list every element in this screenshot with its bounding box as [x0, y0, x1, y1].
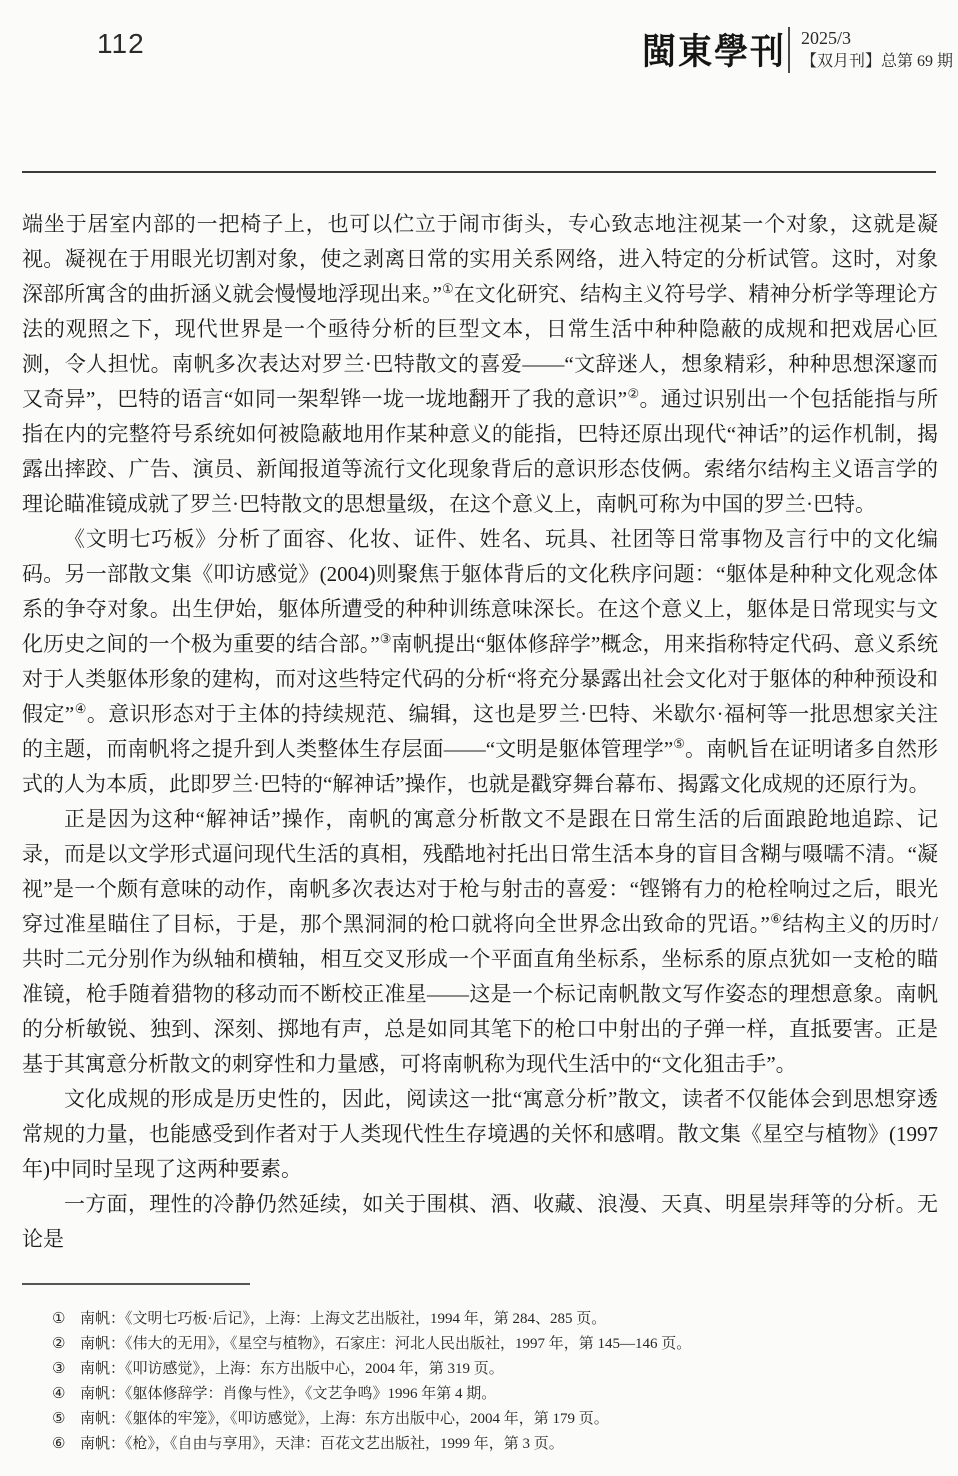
footnote-text: 南帆：《文明七巧板·后记》，上海：上海文艺出版社，1994 年，第 284、28… — [80, 1307, 942, 1332]
footnote-marker: ④ — [52, 1382, 80, 1407]
footnote-item: ④ 南帆：《躯体修辞学：肖像与性》，《文艺争鸣》1996 年第 4 期。 — [52, 1382, 942, 1407]
paragraph: 文化成规的形成是历史性的，因此，阅读这一批“寓意分析”散文，读者不仅能体会到思想… — [22, 1082, 938, 1187]
footnote-marker: ① — [52, 1307, 80, 1332]
footnote-marker: ③ — [52, 1357, 80, 1382]
journal-title: 閩東學刊 — [642, 23, 782, 74]
paragraph: 一方面，理性的冷静仍然延续，如关于围棋、酒、收藏、浪漫、天真、明星崇拜等的分析。… — [22, 1187, 938, 1257]
footnote-text: 南帆：《伟大的无用》，《星空与植物》，石家庄：河北人民出版社，1997 年，第 … — [80, 1332, 942, 1357]
footnote-item: ③ 南帆：《叩访感觉》，上海：东方出版中心，2004 年，第 319 页。 — [52, 1357, 942, 1382]
paragraph: 正是因为这种“解神话”操作，南帆的寓意分析散文不是跟在日常生活的后面踉跄地追踪、… — [22, 802, 938, 1082]
page-number: 112 — [97, 28, 145, 60]
footnote-text: 南帆：《枪》，《自由与享用》，天津：百花文艺出版社，1999 年，第 3 页。 — [80, 1432, 942, 1457]
issue-number: 2025/3 — [801, 26, 951, 50]
footnote-item: ② 南帆：《伟大的无用》，《星空与植物》，石家庄：河北人民出版社，1997 年，… — [52, 1332, 942, 1357]
footnote-item: ⑥ 南帆：《枪》，《自由与享用》，天津：百花文艺出版社，1999 年，第 3 页… — [52, 1432, 942, 1457]
footnote-text: 南帆：《躯体修辞学：肖像与性》，《文艺争鸣》1996 年第 4 期。 — [80, 1382, 942, 1407]
footnote-item: ① 南帆：《文明七巧板·后记》，上海：上海文艺出版社，1994 年，第 284、… — [52, 1307, 942, 1332]
footnote-rule — [22, 1283, 250, 1285]
paragraph: 端坐于居室内部的一把椅子上，也可以伫立于闹市街头，专心致志地注视某一个对象，这就… — [22, 207, 938, 522]
footnote-list: ① 南帆：《文明七巧板·后记》，上海：上海文艺出版社，1994 年，第 284、… — [52, 1307, 942, 1457]
footnote-text: 南帆：《躯体的牢笼》，《叩访感觉》，上海：东方出版中心，2004 年，第 179… — [80, 1407, 942, 1432]
footnote-marker: ⑤ — [52, 1407, 80, 1432]
header-divider — [788, 27, 790, 73]
paragraph: 《文明七巧板》分析了面容、化妆、证件、姓名、玩具、社团等日常事物及言行中的文化编… — [22, 522, 938, 802]
header-rule — [22, 171, 936, 173]
footnote-text: 南帆：《叩访感觉》，上海：东方出版中心，2004 年，第 319 页。 — [80, 1357, 942, 1382]
issue-block: 2025/3 【双月刊】总第 69 期 — [801, 26, 951, 74]
footnote-marker: ⑥ — [52, 1432, 80, 1457]
footnote-marker: ② — [52, 1332, 80, 1357]
article-body: 端坐于居室内部的一把椅子上，也可以伫立于闹市街头，专心致志地注视某一个对象，这就… — [22, 207, 938, 1263]
volume-info: 【双月刊】总第 69 期 — [801, 50, 951, 74]
footnote-item: ⑤ 南帆：《躯体的牢笼》，《叩访感觉》，上海：东方出版中心，2004 年，第 1… — [52, 1407, 942, 1432]
